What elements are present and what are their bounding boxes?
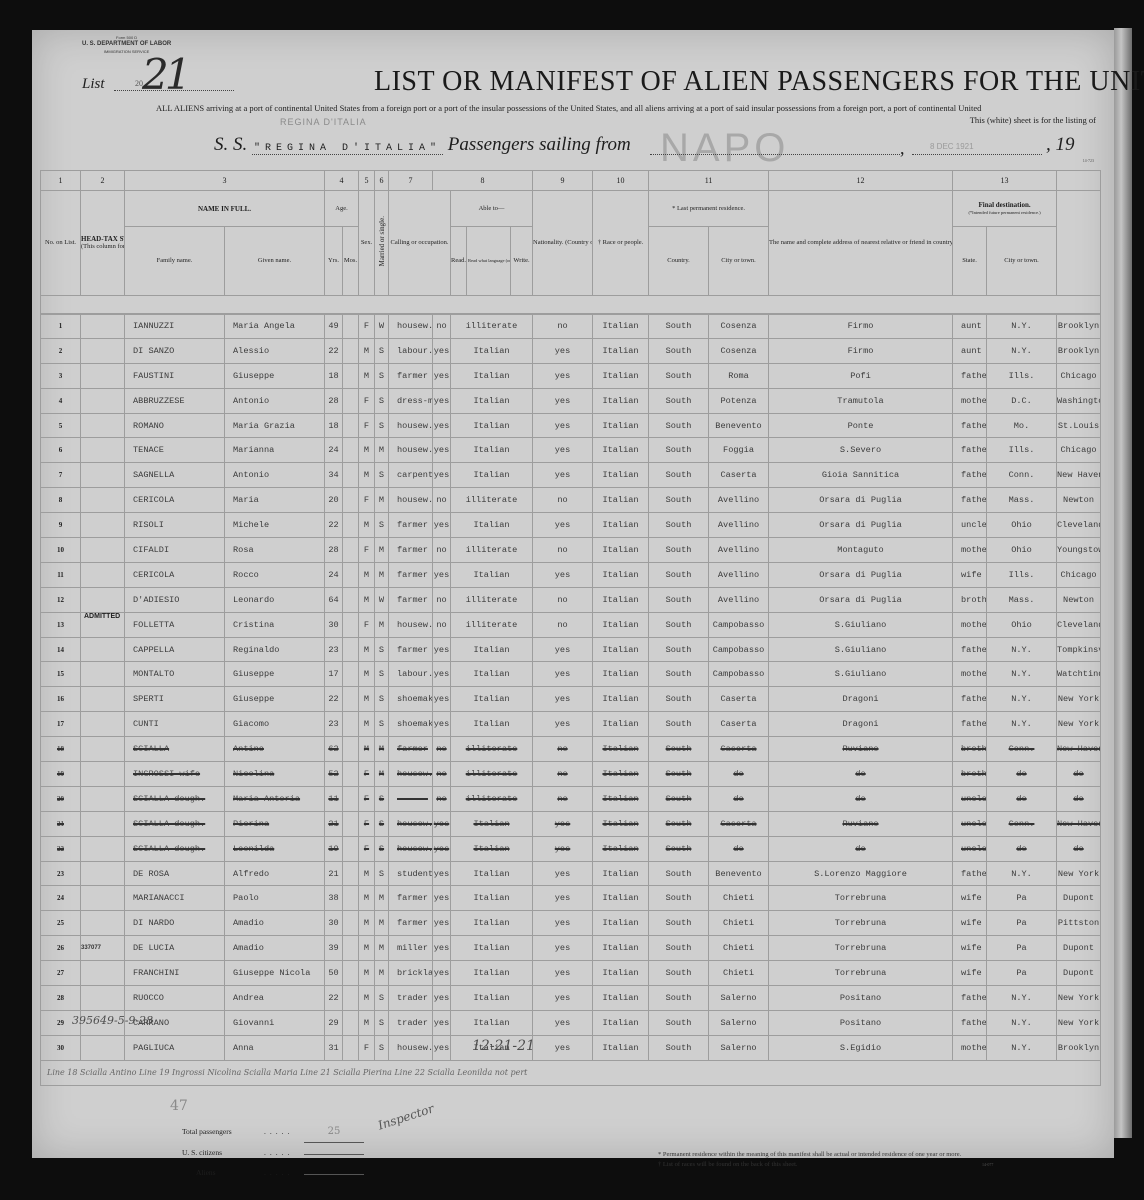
marital-status: S: [375, 338, 389, 363]
age-months: [343, 562, 359, 587]
destination-state: Ohio: [987, 612, 1057, 637]
given-name: Antino: [225, 737, 325, 762]
residence-country: Avellino: [709, 587, 769, 612]
col-num: 9: [533, 171, 593, 191]
age-months: [343, 737, 359, 762]
nearest-relative: father Benedetto De Rosa: [953, 861, 987, 886]
destination-city: Cleveland: [1057, 513, 1101, 538]
sex: M: [359, 737, 375, 762]
destination-state: Ills.: [987, 438, 1057, 463]
given-name: Maria: [225, 488, 325, 513]
occupation: trader: [389, 986, 433, 1011]
passenger-row: 22SCIALLA dough.Leonilda19FShousew.yesIt…: [41, 836, 1101, 861]
age-years: 24: [325, 562, 343, 587]
age-years: 23: [325, 712, 343, 737]
age-years: 29: [325, 1010, 343, 1035]
read-language: Italian: [451, 388, 533, 413]
occupation: housew.: [389, 488, 433, 513]
destination-city: Brooklyn: [1057, 338, 1101, 363]
residence-city: Ruviano: [769, 737, 953, 762]
residence-country: do: [709, 786, 769, 811]
read-language: Italian: [451, 961, 533, 986]
family-name: SCIALLA dough.: [125, 836, 225, 861]
given-name: Giuseppe: [225, 662, 325, 687]
nearest-relative: uncle Salvatore Risolli: [953, 513, 987, 538]
nationality: Italian: [593, 861, 649, 886]
can-read: yes: [433, 413, 451, 438]
residence-country: Benevento: [709, 861, 769, 886]
can-read: yes: [433, 936, 451, 961]
family-name: DI NARDO: [125, 911, 225, 936]
age-months: [343, 538, 359, 563]
age-months: [343, 637, 359, 662]
family-name: INGROSSI wife: [125, 762, 225, 787]
sex: F: [359, 314, 375, 339]
passenger-row: 25DI NARDOAmadio30MMfarmeryesItalianyesI…: [41, 911, 1101, 936]
occupation: housew.: [389, 438, 433, 463]
page-title: LIST OR MANIFEST OF ALIEN PASSENGERS FOR…: [374, 66, 1144, 98]
age-months: [343, 811, 359, 836]
head-tax-cell: [81, 587, 125, 612]
sex: F: [359, 836, 375, 861]
sex: M: [359, 986, 375, 1011]
family-name: IANNUZZI: [125, 314, 225, 339]
given-name: Giovanni: [225, 1010, 325, 1035]
nationality: Italian: [593, 413, 649, 438]
read-language: illiterate: [451, 314, 533, 339]
residence-city: do: [769, 762, 953, 787]
nearest-relative: mother Vignati Carolina: [953, 388, 987, 413]
residence-city: Tramutola: [769, 388, 953, 413]
occupation: farmer: [389, 587, 433, 612]
passenger-row: 23DE ROSAAlfredo21MSstudentyesItalianyes…: [41, 861, 1101, 886]
occupation: miller: [389, 936, 433, 961]
can-write: yes: [533, 811, 593, 836]
sex: M: [359, 1010, 375, 1035]
age-months: [343, 488, 359, 513]
nationality: Italian: [593, 513, 649, 538]
marital-status: S: [375, 637, 389, 662]
destination-state: Ohio: [987, 538, 1057, 563]
header-no-on-list: No. on List.: [41, 191, 81, 296]
destination-city: St.Louis: [1057, 413, 1101, 438]
sex: F: [359, 488, 375, 513]
row-number: 3: [41, 363, 81, 388]
passenger-row: 5ROMANOMaria Grazia18FShousew.yesItalian…: [41, 413, 1101, 438]
destination-state: N.Y.: [987, 314, 1057, 339]
residence-city: Positano: [769, 1010, 953, 1035]
nearest-relative: father Michele Tenace: [953, 438, 987, 463]
occupation: farmer: [389, 886, 433, 911]
destination-state: Conn.: [987, 737, 1057, 762]
given-name: Cristina: [225, 612, 325, 637]
header-last-residence: * Last permanent residence.: [649, 191, 769, 227]
sex: M: [359, 338, 375, 363]
sex: F: [359, 1035, 375, 1060]
can-write: yes: [533, 463, 593, 488]
occupation: farmer: [389, 562, 433, 587]
nationality: Italian: [593, 488, 649, 513]
age-years: 28: [325, 538, 343, 563]
ship-name: "REGINA D'ITALIA": [252, 143, 443, 155]
col-num: 11: [649, 171, 769, 191]
row-number: 1: [41, 314, 81, 339]
residence-country: Campobasso: [709, 637, 769, 662]
sex: F: [359, 811, 375, 836]
header-sex: Sex.: [359, 191, 375, 296]
nearest-relative: wife Maria Marianacci: [953, 961, 987, 986]
given-name: Giuseppe Nicola: [225, 961, 325, 986]
passenger-row: 4ABBRUZZESEAntonio28FSdress-makeryesItal…: [41, 388, 1101, 413]
sex: M: [359, 363, 375, 388]
residence-city: Torrebruna: [769, 886, 953, 911]
family-name: ABBRUZZESE: [125, 388, 225, 413]
destination-state: Conn.: [987, 463, 1057, 488]
race: South: [649, 438, 709, 463]
occupation: trader: [389, 1010, 433, 1035]
nearest-relative: father Salvatore: [953, 1010, 987, 1035]
head-tax-cell: [81, 786, 125, 811]
destination-state: N.Y.: [987, 1010, 1057, 1035]
family-name: MARIANACCI: [125, 886, 225, 911]
nationality: Italian: [593, 786, 649, 811]
age-months: [343, 314, 359, 339]
passenger-rows: 1IANNUZZIMaria Angela49FWhousew.noillite…: [40, 313, 1101, 1086]
row-number: 21: [41, 811, 81, 836]
can-read: yes: [433, 836, 451, 861]
sex: F: [359, 388, 375, 413]
destination-city: do: [1057, 786, 1101, 811]
nationality: Italian: [593, 388, 649, 413]
can-read: no: [433, 612, 451, 637]
ss-label: S. S.: [214, 134, 247, 155]
can-write: no: [533, 737, 593, 762]
residence-country: Salerno: [709, 986, 769, 1011]
total-passengers: Total passengers.....25: [182, 1122, 364, 1143]
can-write: yes: [533, 712, 593, 737]
given-name: Giacomo: [225, 712, 325, 737]
can-read: yes: [433, 886, 451, 911]
row-number: 19: [41, 762, 81, 787]
age-years: 18: [325, 413, 343, 438]
col-num: 5: [359, 171, 375, 191]
sex: M: [359, 562, 375, 587]
read-language: Italian: [451, 687, 533, 712]
given-name: Maria Angela: [225, 314, 325, 339]
nationality: Italian: [593, 836, 649, 861]
nearest-relative: uncle do: [953, 786, 987, 811]
read-language: Italian: [451, 637, 533, 662]
occupation: farmer: [389, 513, 433, 538]
header-calling: Calling or occupation.: [389, 191, 451, 296]
nationality: Italian: [593, 1035, 649, 1060]
destination-city: Newton: [1057, 587, 1101, 612]
final-dest-title: Final destination.: [953, 201, 1056, 209]
race: South: [649, 338, 709, 363]
given-name: Leonilda: [225, 836, 325, 861]
age-months: [343, 861, 359, 886]
form-code: 14-723: [1083, 158, 1094, 163]
destination-state: do: [987, 836, 1057, 861]
passenger-row: 3FAUSTINIGiuseppe18MSfarmeryesItalianyes…: [41, 363, 1101, 388]
marital-status: S: [375, 1035, 389, 1060]
read-language: Italian: [451, 836, 533, 861]
residence-city: Positano: [769, 986, 953, 1011]
residence-city: do: [769, 836, 953, 861]
form-number: Form 500 D: [82, 34, 171, 41]
nearest-relative: aunt Elisabetta Gioia: [953, 338, 987, 363]
age-years: 22: [325, 513, 343, 538]
read-language: Italian: [451, 1010, 533, 1035]
can-write: yes: [533, 861, 593, 886]
residence-city: S.Severo: [769, 438, 953, 463]
row-number: 15: [41, 662, 81, 687]
given-name: Antonio: [225, 388, 325, 413]
can-read: no: [433, 786, 451, 811]
head-tax-cell: [81, 413, 125, 438]
manifest-table: 1 2 3 4 5 6 7 8 9 10 11 12 13 No. on Lis…: [40, 170, 1101, 315]
inspector-signature: Inspector: [376, 1101, 435, 1132]
nationality: Italian: [593, 662, 649, 687]
race: South: [649, 986, 709, 1011]
read-language: illiterate: [451, 612, 533, 637]
marital-status: M: [375, 936, 389, 961]
destination-state: N.Y.: [987, 687, 1057, 712]
year-label: , 19: [1046, 134, 1075, 156]
nearest-relative: wife Anna Pelliccia: [953, 886, 987, 911]
col-num: 2: [81, 171, 125, 191]
given-name: Alessio: [225, 338, 325, 363]
destination-city: Chicago: [1057, 363, 1101, 388]
can-write: yes: [533, 438, 593, 463]
passenger-row: 6TENACEMarianna24MMhousew.yesItalianyesI…: [41, 438, 1101, 463]
destination-city: New Haven: [1057, 811, 1101, 836]
can-read: yes: [433, 986, 451, 1011]
age-months: [343, 1010, 359, 1035]
residence-country: Chieti: [709, 936, 769, 961]
family-name: TENACE: [125, 438, 225, 463]
race: South: [649, 762, 709, 787]
head-tax-cell: [81, 338, 125, 363]
marital-status: S: [375, 1010, 389, 1035]
header-married: Married or single.: [375, 191, 389, 296]
column-number-row: 1 2 3 4 5 6 7 8 9 10 11 12 13: [41, 171, 1101, 191]
row-number: 4: [41, 388, 81, 413]
passenger-row: 14CAPPELLAReginaldo23MSfarmeryesItaliany…: [41, 637, 1101, 662]
nearest-relative: father Leonardo Cericola: [953, 488, 987, 513]
manifest-sheet: Form 500 D U. S. DEPARTMENT OF LABOR IMM…: [32, 30, 1114, 1158]
list-label: List: [82, 76, 105, 93]
footnotes: * Permanent residence within the meaning…: [658, 1150, 961, 1170]
age-years: 30: [325, 612, 343, 637]
nearest-relative: brother Scialla Giovanni: [953, 737, 987, 762]
department-label: U. S. DEPARTMENT OF LABOR: [82, 41, 171, 48]
destination-city: Youngstown: [1057, 538, 1101, 563]
destination-state: Pa: [987, 911, 1057, 936]
col-num: 1: [41, 171, 81, 191]
age-months: [343, 612, 359, 637]
sex: M: [359, 438, 375, 463]
passenger-row: 9RISOLIMichele22MSfarmeryesItalianyesIta…: [41, 513, 1101, 538]
destination-city: New Haven: [1057, 463, 1101, 488]
age-years: 28: [325, 388, 343, 413]
can-read: yes: [433, 363, 451, 388]
family-name: SPERTI: [125, 687, 225, 712]
destination-city: Dupont: [1057, 936, 1101, 961]
family-name: CERICOLA: [125, 562, 225, 587]
can-write: yes: [533, 513, 593, 538]
passenger-row: 13FOLLETTACristina30FMhousew.noilliterat…: [41, 612, 1101, 637]
residence-city: Gioia Sannitica: [769, 463, 953, 488]
residence-country: Cosenza: [709, 314, 769, 339]
residence-country: Caserta: [709, 737, 769, 762]
marital-status: S: [375, 413, 389, 438]
sex: M: [359, 936, 375, 961]
row-number: 14: [41, 637, 81, 662]
col-num: 10: [593, 171, 649, 191]
residence-country: Cosenza: [709, 338, 769, 363]
age-years: 22: [325, 986, 343, 1011]
read-language: illiterate: [451, 786, 533, 811]
row-number: 26: [41, 936, 81, 961]
can-write: yes: [533, 687, 593, 712]
annotation-row: Line 18 Scialla Antino Line 19 Ingrossi …: [41, 1060, 1101, 1085]
can-write: yes: [533, 637, 593, 662]
nationality: Italian: [593, 637, 649, 662]
marital-status: S: [375, 363, 389, 388]
header-read: Read.: [451, 227, 467, 295]
nationality: Italian: [593, 463, 649, 488]
race: South: [649, 911, 709, 936]
residence-country: Campobasso: [709, 662, 769, 687]
residence-city: S.Giuliano: [769, 662, 953, 687]
residence-country: Salerno: [709, 1035, 769, 1060]
destination-state: Pa: [987, 961, 1057, 986]
marital-status: S: [375, 836, 389, 861]
col-num: 7: [389, 171, 433, 191]
nearest-relative: father Giuseppe Sagnella: [953, 463, 987, 488]
can-write: yes: [533, 1010, 593, 1035]
read-language: Italian: [451, 911, 533, 936]
col-num: 13: [953, 171, 1057, 191]
family-name: ROMANO: [125, 413, 225, 438]
passenger-row: 11CERICOLARocco24MMfarmeryesItalianyesIt…: [41, 562, 1101, 587]
head-tax-cell: [81, 513, 125, 538]
age-years: 23: [325, 637, 343, 662]
sheet-total-handwritten: 47: [170, 1098, 188, 1114]
destination-state: N.Y.: [987, 338, 1057, 363]
race: South: [649, 612, 709, 637]
nearest-relative: brother in law Leonardo Del Priore: [953, 587, 987, 612]
occupation: farmer: [389, 363, 433, 388]
nationality: Italian: [593, 438, 649, 463]
nationality: Italian: [593, 562, 649, 587]
header-read-group: Read. Read what language (or, if exempti…: [451, 227, 511, 296]
given-name: Amadio: [225, 936, 325, 961]
occupation: shoemaker: [389, 687, 433, 712]
age-months: [343, 662, 359, 687]
total-passengers-label: Total passengers: [182, 1122, 264, 1142]
destination-city: Dupont: [1057, 886, 1101, 911]
can-read: yes: [433, 811, 451, 836]
can-write: no: [533, 786, 593, 811]
age-months: [343, 513, 359, 538]
destination-state: Pa: [987, 886, 1057, 911]
read-language: Italian: [451, 886, 533, 911]
destination-state: N.Y.: [987, 637, 1057, 662]
can-write: no: [533, 538, 593, 563]
head-tax-cell: [81, 538, 125, 563]
header-head-tax: HEAD-TAX STATUS. (This column for use of…: [81, 191, 125, 296]
nearest-relative: wife Rocchina Inglese: [953, 562, 987, 587]
residence-country: Caserta: [709, 463, 769, 488]
race: South: [649, 413, 709, 438]
destination-state: do: [987, 786, 1057, 811]
header-final-destination: Final destination. (*Intended future per…: [953, 191, 1057, 227]
row-number: 28: [41, 986, 81, 1011]
nearest-relative: mother Maria Cardegna: [953, 612, 987, 637]
occupation: housew.: [389, 413, 433, 438]
read-language: Italian: [451, 438, 533, 463]
destination-city: do: [1057, 836, 1101, 861]
passenger-row: 28RUOCCOAndrea22MStraderyesItalianyesIta…: [41, 986, 1101, 1011]
age-years: 20: [325, 488, 343, 513]
header-state: State.: [953, 227, 987, 296]
residence-city: Torrebruna: [769, 936, 953, 961]
handwritten-date: 12-21-21: [472, 1038, 535, 1054]
age-months: [343, 911, 359, 936]
head-tax-note: (This column for use of Government offic…: [81, 243, 124, 251]
us-citizens-label: U. S. citizens: [182, 1143, 264, 1163]
row-number: 8: [41, 488, 81, 513]
destination-state: Mo.: [987, 413, 1057, 438]
age-months: [343, 438, 359, 463]
residence-country: Caserta: [709, 712, 769, 737]
can-write: yes: [533, 886, 593, 911]
dots: .....: [264, 1163, 304, 1183]
marital-status: M: [375, 488, 389, 513]
head-tax-title: HEAD-TAX STATUS.: [81, 235, 124, 243]
sex: F: [359, 612, 375, 637]
race: South: [649, 687, 709, 712]
age-years: 17: [325, 662, 343, 687]
header-nationality: Nationality. (Country of which citizen o…: [533, 191, 593, 296]
occupation: housew.: [389, 836, 433, 861]
header-mos: Mos.: [343, 227, 359, 296]
row-number: 17: [41, 712, 81, 737]
age-months: [343, 413, 359, 438]
final-dest-note: (*Intended future permanent residence.): [953, 209, 1056, 217]
nearest-relative: father Giuseppe Sperti: [953, 687, 987, 712]
nationality: Italian: [593, 363, 649, 388]
age-months: [343, 388, 359, 413]
head-tax-cell: [81, 562, 125, 587]
destination-state: N.Y.: [987, 861, 1057, 886]
destination-state: N.Y.: [987, 712, 1057, 737]
nearest-relative: father Antonio Cunti: [953, 712, 987, 737]
given-name: Giuseppe: [225, 363, 325, 388]
residence-city: Firmo: [769, 314, 953, 339]
col-num-blank: [1057, 171, 1101, 191]
race: South: [649, 786, 709, 811]
sex: F: [359, 538, 375, 563]
residence-city: Ruviano: [769, 811, 953, 836]
race: South: [649, 488, 709, 513]
occupation: shoemaker: [389, 712, 433, 737]
head-tax-cell: [81, 438, 125, 463]
col-num: 8: [433, 171, 533, 191]
passenger-row: 16SPERTIGiuseppe22MSshoemakeryesItaliany…: [41, 687, 1101, 712]
